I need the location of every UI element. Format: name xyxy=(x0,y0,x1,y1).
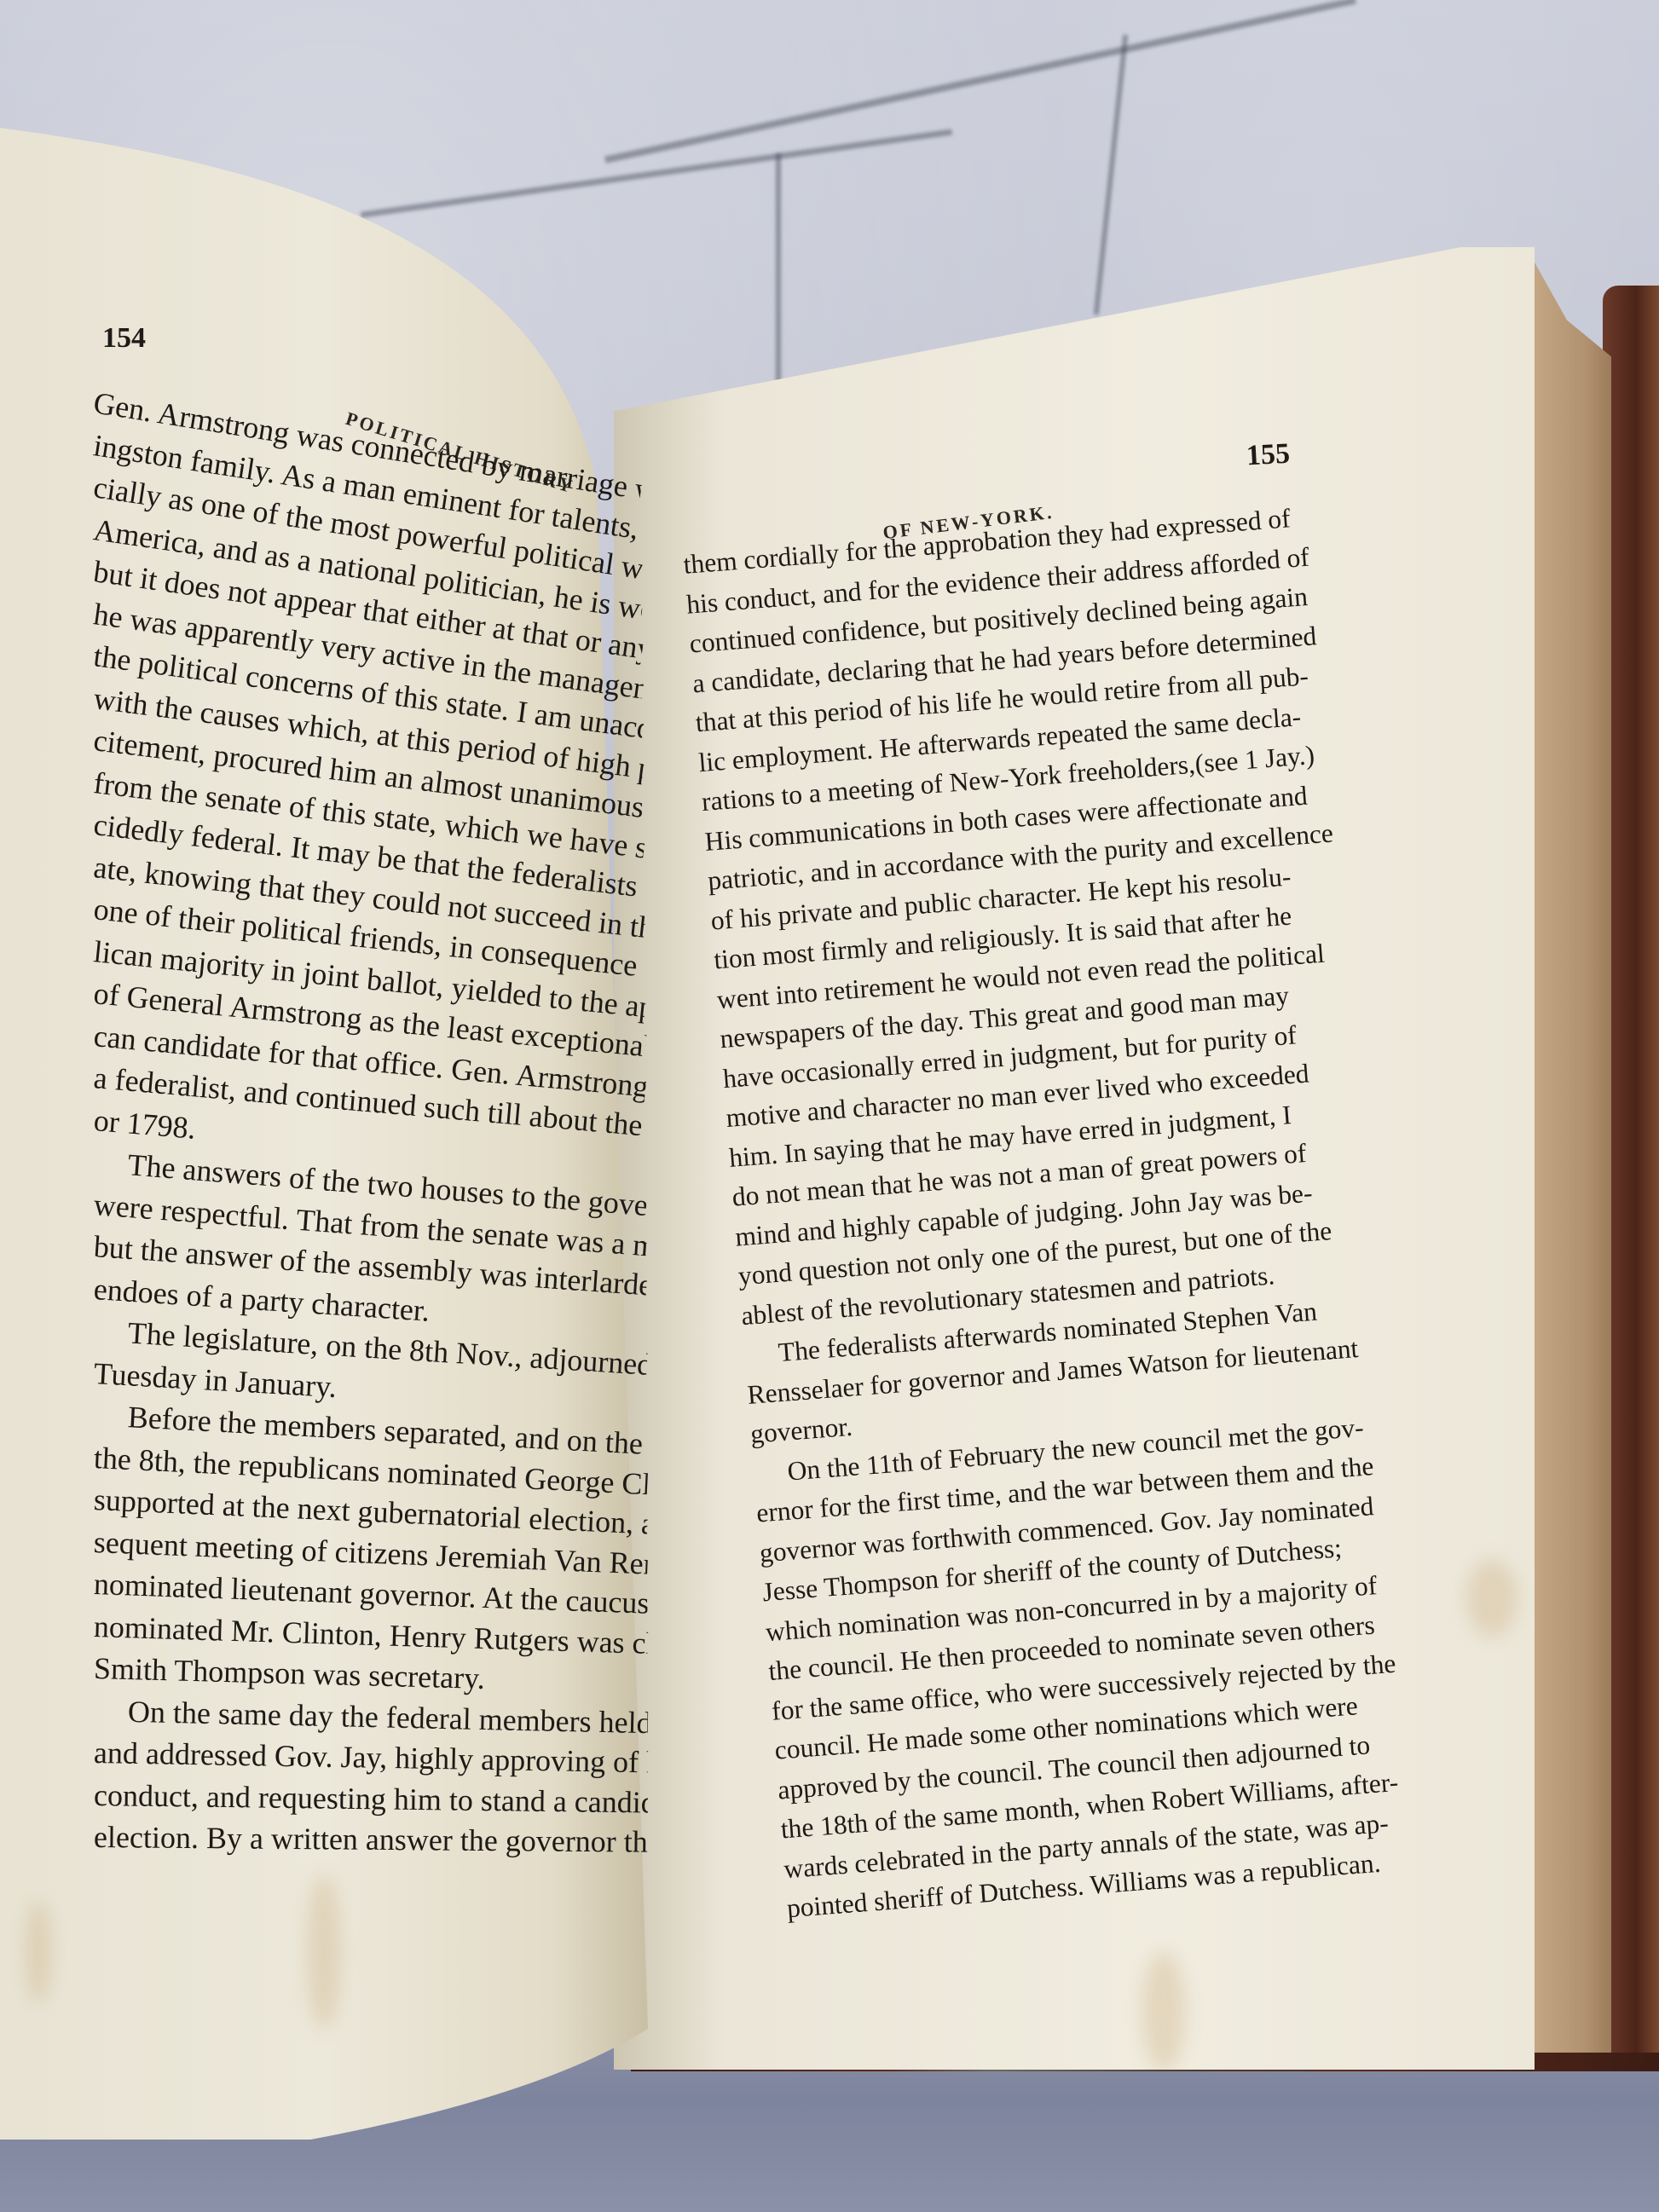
book-fore-edge xyxy=(1526,247,1611,2071)
foxing-stain xyxy=(307,1875,341,2029)
photo-scene: 155 OF NEW-YORK. them cordially for the … xyxy=(0,0,1659,2212)
mortar-line xyxy=(361,129,952,217)
text-line: election. By a written answer the govern… xyxy=(94,1816,648,1863)
left-page-body: Gen. Armstrong was connected by marriage… xyxy=(94,382,648,1859)
foxing-stain xyxy=(1466,1560,1517,1637)
mortar-line xyxy=(1094,35,1128,315)
mortar-line xyxy=(604,0,1356,163)
text-line: conduct, and requesting him to stand a c… xyxy=(94,1775,649,1824)
foxing-stain xyxy=(1142,1952,1185,2071)
right-page-number: 155 xyxy=(1246,438,1291,473)
foxing-stain xyxy=(26,1901,51,2003)
right-page-body: them cordially for the approbation they … xyxy=(682,494,1469,1929)
left-page-number: 154 xyxy=(102,322,146,355)
